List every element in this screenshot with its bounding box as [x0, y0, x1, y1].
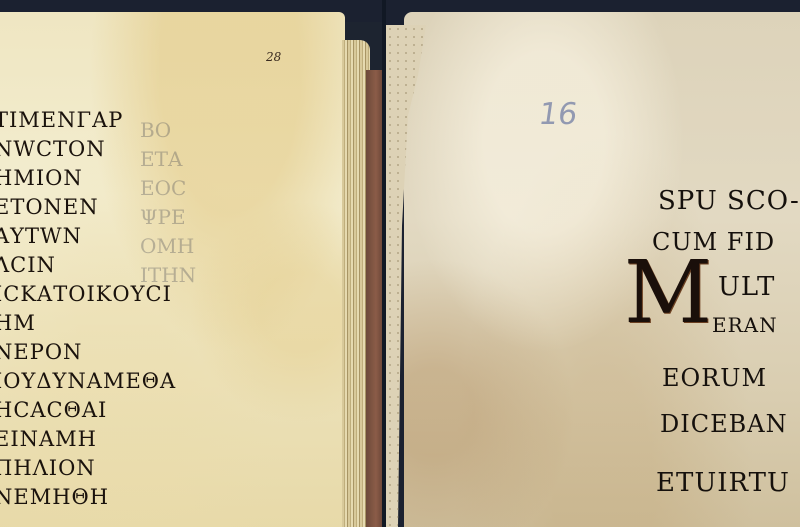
text-line: ΗΜ: [0, 309, 176, 338]
text-line: DICEBAN: [660, 410, 788, 438]
text-line: ΝΕΜΗΘΗ: [0, 483, 176, 512]
text-line: ΑΥΤWΝ: [0, 222, 176, 251]
text-line: ETUIRTU: [656, 468, 790, 498]
text-line: ΗΜΙΟΝ: [0, 164, 176, 193]
text-line: ΤΙΜΕΝΓΑΡ: [0, 106, 176, 135]
text-line: SPU SCO-: [658, 186, 800, 216]
text-line: ΕΤΟΝΕΝ: [0, 193, 176, 222]
text-line: ΕΙΝΑΜΗ: [0, 425, 176, 454]
greek-text-block: ΤΙΜΕΝΓΑΡ ΝWϹΤΟΝ ΗΜΙΟΝ ΕΤΟΝΕΝ ΑΥΤWΝ ΛϹΙΝ …: [0, 106, 176, 512]
text-line: EORUM: [662, 364, 767, 392]
decorated-initial: M: [624, 250, 712, 336]
text-line: ERAN: [712, 313, 778, 337]
text-line: ΙΟΥΔΥΝΑΜΕΘΑ: [0, 367, 176, 396]
text-line: ΝΕΡΟΝ: [0, 338, 176, 367]
text-line: ΠΗΛΙΟΝ: [0, 454, 176, 483]
text-line: ΗϹΑϹΘΑΙ: [0, 396, 176, 425]
text-line: ΙϹΚΑΤΟΙΚΟΥϹΙ: [0, 280, 176, 309]
manuscript-photo: 28 ΒΟ ΕΤΑ ΕΟϹ ΨΡΕ ΟΜΗ ΙΤΗΝ ΤΙΜΕΝΓΑΡ ΝWϹΤ…: [0, 0, 800, 527]
greek-parchment-page: 28 ΒΟ ΕΤΑ ΕΟϹ ΨΡΕ ΟΜΗ ΙΤΗΝ ΤΙΜΕΝΓΑΡ ΝWϹΤ…: [0, 12, 345, 527]
left-manuscript: 28 ΒΟ ΕΤΑ ΕΟϹ ΨΡΕ ΟΜΗ ΙΤΗΝ ΤΙΜΕΝΓΑΡ ΝWϹΤ…: [0, 0, 385, 527]
text-line: ΝWϹΤΟΝ: [0, 135, 176, 164]
text-line: ΛϹΙΝ: [0, 251, 176, 280]
text-line: ULT: [718, 272, 775, 302]
right-manuscript: 16 SPU SCO- CUM FID M ULT ERAN EORUM DIC…: [386, 0, 800, 527]
pencil-folio-number: 16: [537, 97, 580, 132]
folio-number: 28: [266, 50, 281, 64]
latin-parchment-page: 16 SPU SCO- CUM FID M ULT ERAN EORUM DIC…: [404, 12, 800, 527]
